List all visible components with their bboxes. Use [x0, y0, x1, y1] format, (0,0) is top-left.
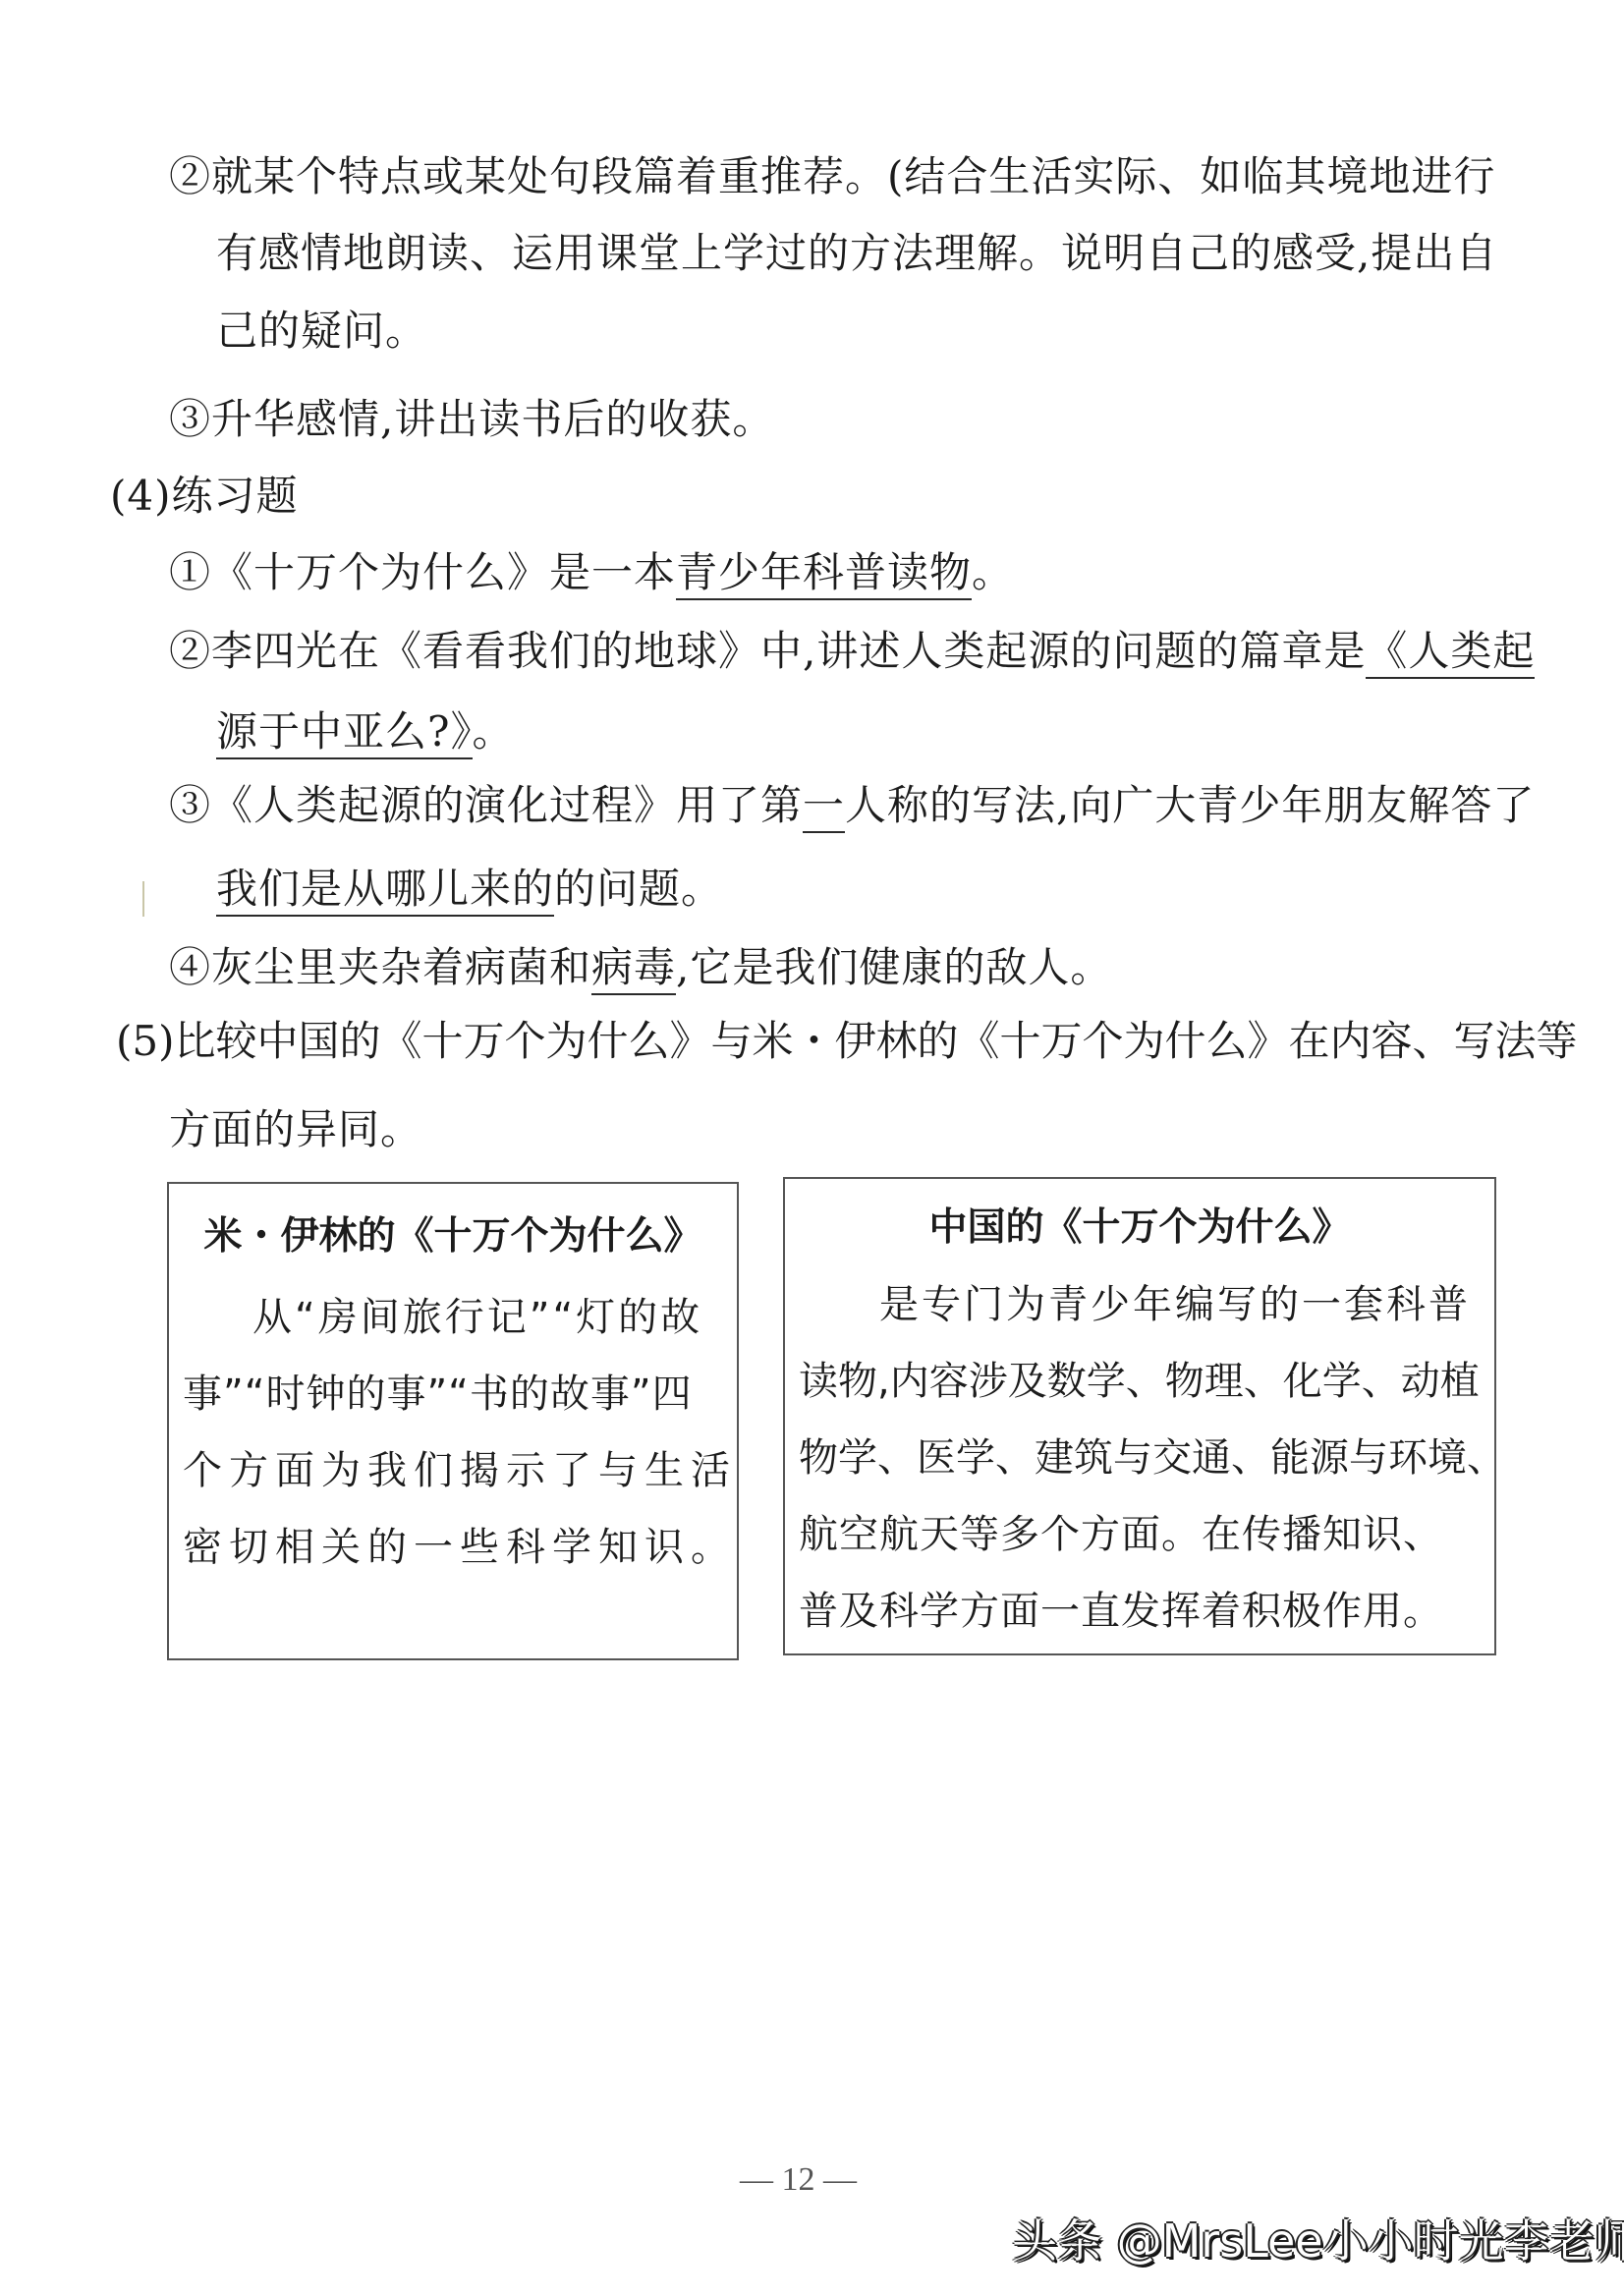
right-box-line-1: 是专门为青少年编写的一套科普	[879, 1277, 1471, 1332]
item-2-line-1: ②就某个特点或某处句段篇着重推荐。(结合生活实际、如临其境地进行	[169, 147, 1495, 206]
section-5-line-2: 方面的异同。	[169, 1100, 422, 1159]
item-2-line-2: 有感情地朗读、运用课堂上学过的方法理解。说明自己的感受,提出自	[216, 224, 1497, 283]
question-4-prefix: ④灰尘里夹杂着病菌和	[169, 943, 591, 991]
watermark: 头条 @MrsLee小小时光李老师	[1012, 2206, 1624, 2270]
item-2-line-3: 己的疑问。	[216, 302, 427, 361]
left-box-line-2: 事”“时钟的事”“书的故事”四	[183, 1367, 693, 1422]
right-box-line-4: 航空航天等多个方面。在传播知识、	[799, 1507, 1443, 1562]
section-4-heading: (4)练习题	[110, 467, 299, 526]
item-3: ③升华感情,讲出读书后的收获。	[169, 390, 774, 449]
question-1: ①《十万个为什么》是一本青少年科普读物。	[169, 543, 1014, 602]
question-2-answer-part-2: 源于中亚么?》	[216, 707, 473, 759]
left-box-title: 米・伊林的《十万个为什么》	[169, 1209, 737, 1264]
question-4-suffix: ,它是我们健康的敌人。	[676, 943, 1112, 991]
right-box-line-3: 物学、医学、建筑与交通、能源与环境、	[799, 1430, 1506, 1485]
question-1-suffix: 。	[972, 548, 1014, 596]
question-1-prefix: ①《十万个为什么》是一本	[169, 548, 676, 596]
question-4-answer: 病毒	[591, 943, 676, 995]
question-3-line-1: ③《人类起源的演化过程》用了第一人称的写法,向广大青少年朋友解答了	[169, 776, 1535, 835]
question-3-suffix: 的问题。	[554, 865, 723, 913]
question-2-answer-part-1: 《人类起	[1366, 627, 1535, 679]
left-box-line-1: 从“房间旅行记”“灯的故	[252, 1290, 702, 1345]
question-2-line-2: 源于中亚么?》。	[216, 702, 515, 761]
question-3-middle: 人称的写法,向广大青少年朋友解答了	[845, 781, 1535, 829]
section-5-line-1: (5)比较中国的《十万个为什么》与米・伊林的《十万个为什么》在内容、写法等	[116, 1012, 1578, 1071]
question-3-prefix: ③《人类起源的演化过程》用了第	[169, 781, 803, 829]
margin-mark	[142, 881, 144, 917]
right-box-line-5: 普及科学方面一直发挥着积极作用。	[799, 1584, 1443, 1639]
right-comparison-box: 中国的《十万个为什么》 是专门为青少年编写的一套科普 读物,内容涉及数学、物理、…	[783, 1177, 1496, 1655]
question-3-blank-answer: 一	[803, 781, 845, 833]
question-2-suffix: 。	[473, 707, 515, 756]
question-3-answer: 我们是从哪儿来的	[216, 865, 554, 917]
right-box-title: 中国的《十万个为什么》	[785, 1201, 1494, 1256]
left-box-line-4: 密切相关的一些科学知识。	[183, 1520, 737, 1575]
left-comparison-box: 米・伊林的《十万个为什么》 从“房间旅行记”“灯的故 事”“时钟的事”“书的故事…	[167, 1182, 739, 1660]
page-number: — 12 —	[712, 2161, 884, 2199]
question-3-line-2: 我们是从哪儿来的的问题。	[216, 860, 723, 919]
question-2-prefix: ②李四光在《看看我们的地球》中,讲述人类起源的问题的篇章是	[169, 627, 1366, 675]
question-4: ④灰尘里夹杂着病菌和病毒,它是我们健康的敌人。	[169, 938, 1112, 997]
right-box-line-2: 读物,内容涉及数学、物理、化学、动植	[799, 1354, 1480, 1409]
left-box-line-3: 个方面为我们揭示了与生活	[183, 1443, 737, 1498]
question-2-line-1: ②李四光在《看看我们的地球》中,讲述人类起源的问题的篇章是《人类起	[169, 622, 1535, 681]
question-1-answer: 青少年科普读物	[676, 548, 972, 600]
